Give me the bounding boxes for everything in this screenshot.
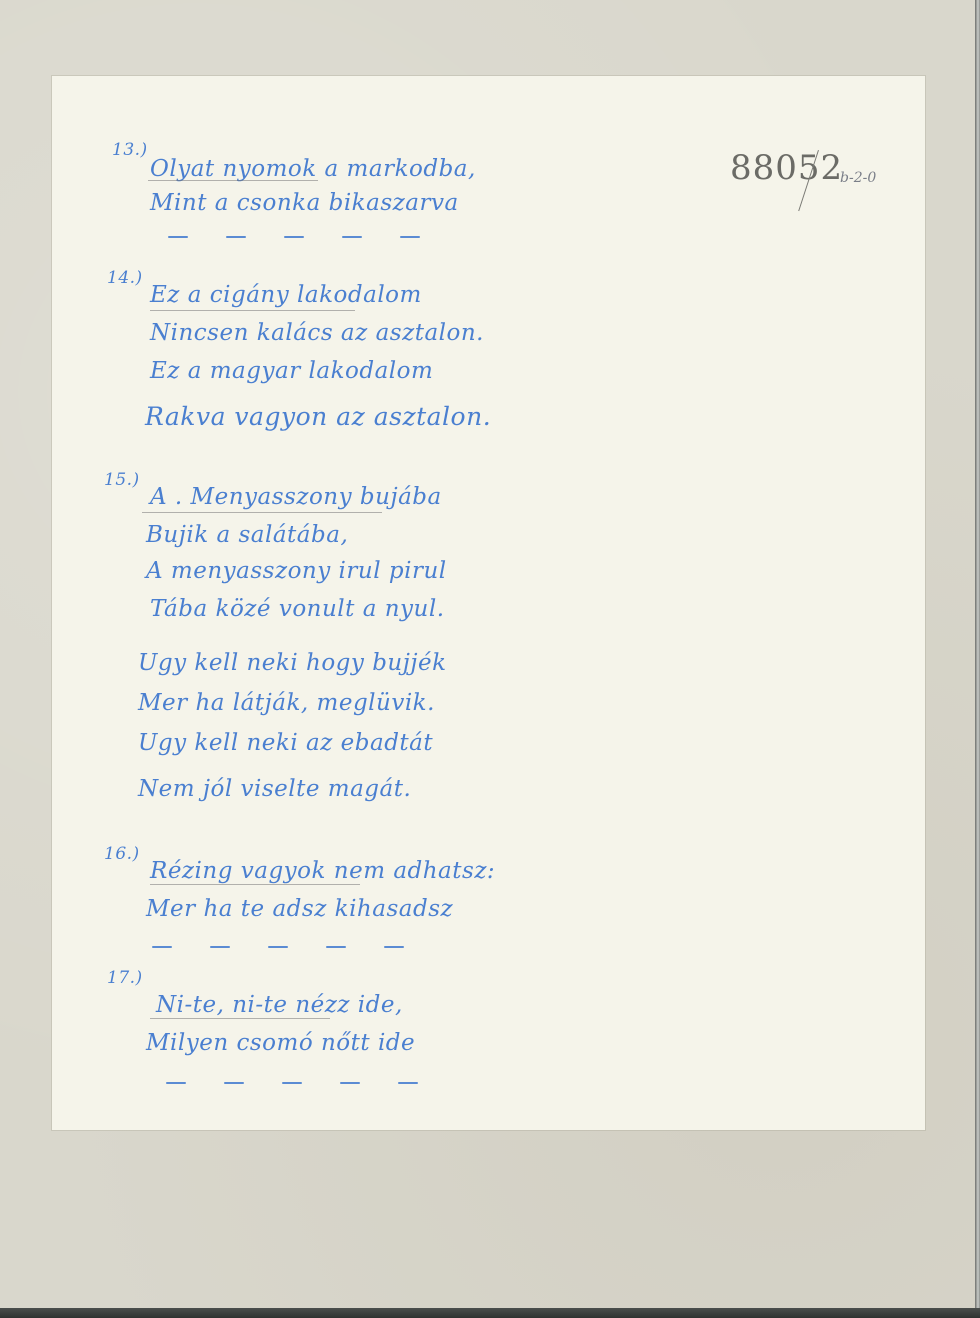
verse-line: Tába közé vonult a nyul. bbox=[150, 596, 445, 622]
pencil-underline bbox=[142, 512, 382, 513]
verse-separator-dashes bbox=[168, 236, 420, 238]
verse-separator-dashes bbox=[166, 1082, 418, 1084]
verse-line: A . Menyasszony bujába bbox=[150, 484, 442, 510]
verse-line: Rakva vagyon az asztalon. bbox=[145, 402, 491, 431]
verse-line: Mint a csonka bikaszarva bbox=[150, 190, 459, 216]
pencil-underline bbox=[150, 884, 360, 885]
verse-separator-dashes bbox=[152, 946, 404, 948]
verse-line: Ez a magyar lakodalom bbox=[150, 358, 433, 384]
verse-line: Milyen csomó nőtt ide bbox=[146, 1030, 415, 1056]
pencil-underline bbox=[150, 310, 355, 311]
verse-number: 17.) bbox=[107, 968, 143, 988]
verse-line: Nincsen kalács az asztalon. bbox=[150, 320, 484, 346]
verse-line: Ez a cigány lakodalom bbox=[150, 282, 422, 308]
verse-number: 14.) bbox=[107, 268, 143, 288]
verse-line: Olyat nyomok a markodba, bbox=[150, 156, 476, 182]
verse-number: 15.) bbox=[104, 470, 140, 490]
verse-number: 16.) bbox=[104, 844, 140, 864]
verse-line: Ugy kell neki hogy bujjék bbox=[138, 650, 447, 676]
pencil-underline bbox=[150, 1018, 330, 1019]
verse-line: Bujik a salátába, bbox=[146, 522, 348, 548]
verse-number: 13.) bbox=[112, 140, 148, 160]
verse-line: Rézing vagyok nem adhatsz: bbox=[150, 858, 495, 884]
scan-edge-bottom bbox=[0, 1308, 980, 1318]
verse-line: Ni-te, ni-te nézz ide, bbox=[156, 992, 403, 1018]
pencil-underline bbox=[148, 180, 318, 181]
verse-line: Nem jól viselte magát. bbox=[138, 776, 411, 802]
catalog-number-stamp: 88052 bbox=[730, 148, 843, 188]
verse-line: A menyasszony irul pirul bbox=[146, 558, 447, 584]
verse-line: Mer ha te adsz kihasadsz bbox=[146, 896, 453, 922]
verse-line: Mer ha látják, meglüvik. bbox=[138, 690, 435, 716]
verse-line: Ugy kell neki az ebadtát bbox=[138, 730, 433, 756]
scan-edge-right bbox=[975, 0, 980, 1318]
catalog-suffix: b-2-0 bbox=[840, 170, 876, 186]
